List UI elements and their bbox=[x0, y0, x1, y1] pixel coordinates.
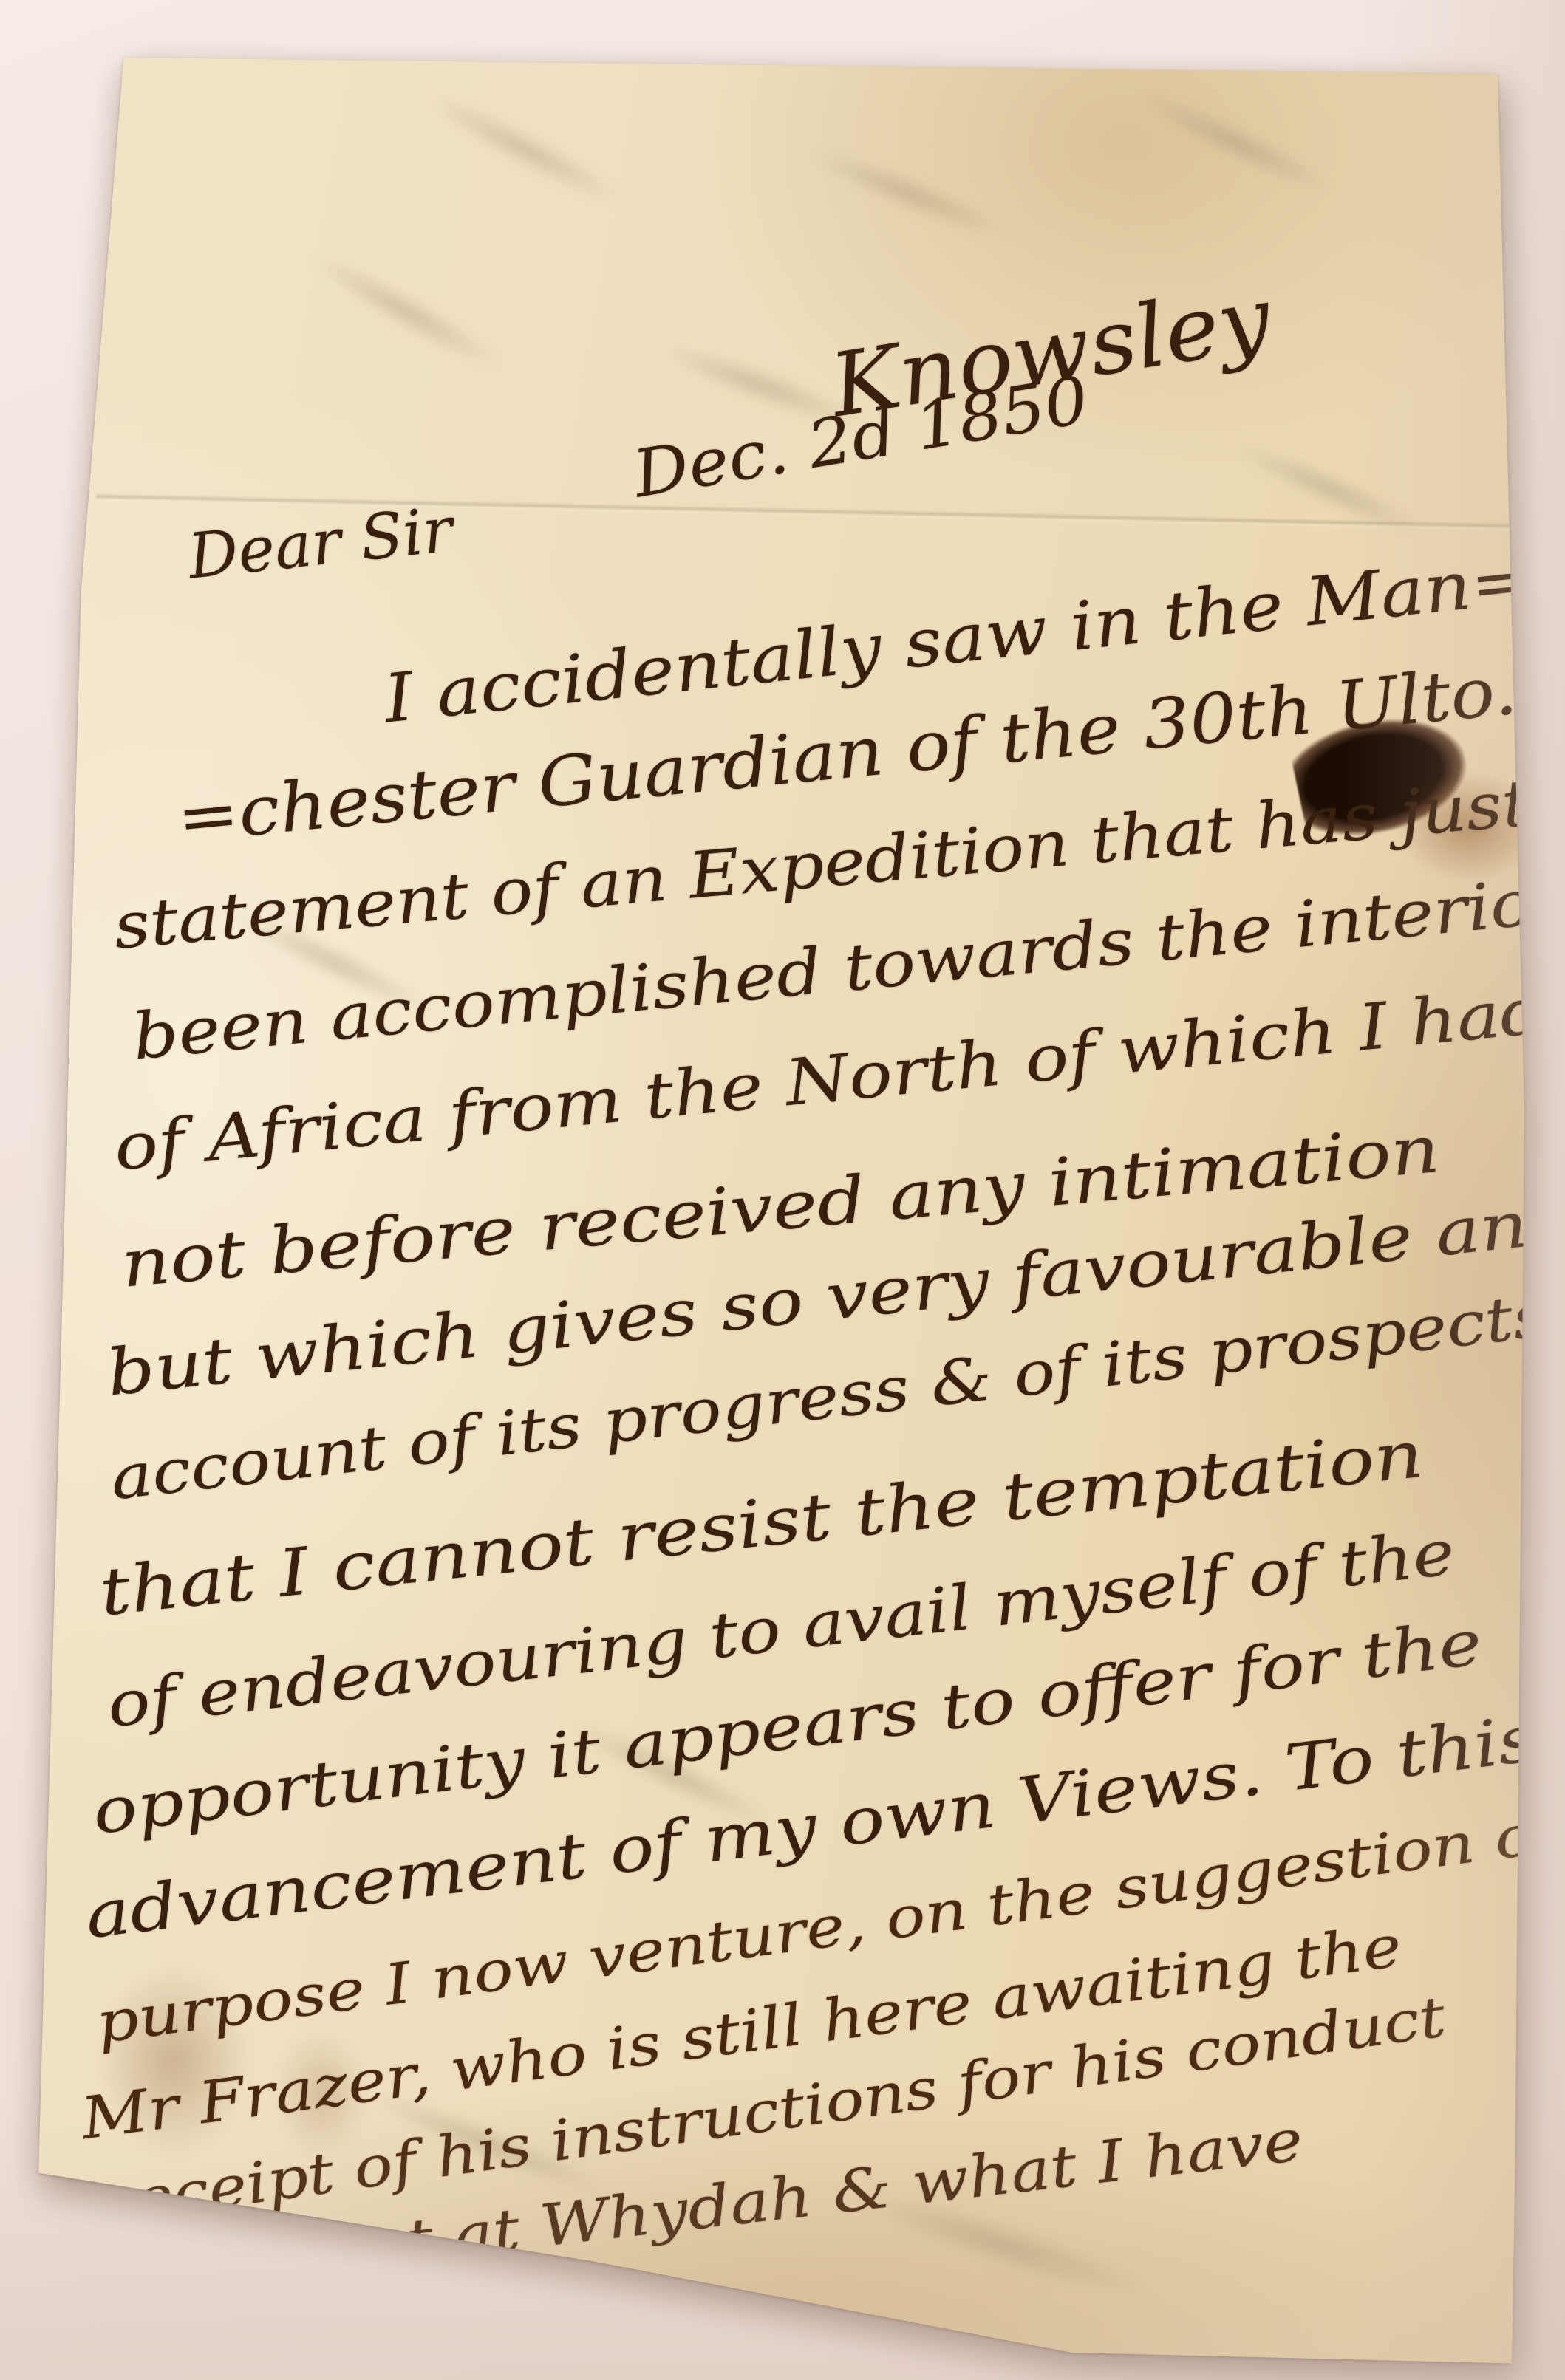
bleed-through-mark bbox=[566, 1711, 780, 1837]
ink-blot bbox=[1287, 704, 1476, 848]
handwritten-line: receipt of his instructions for his cond… bbox=[100, 1983, 1450, 2237]
bleed-through-mark bbox=[419, 83, 630, 216]
handwritten-line: I accidentally saw in the Man= bbox=[381, 541, 1535, 739]
letter-date: Dec. 2d 1850 bbox=[628, 361, 1094, 512]
letter-place: Knowsley bbox=[824, 267, 1278, 437]
handwritten-line: of endeavouring to avail myself of the bbox=[103, 1516, 1459, 1741]
bleed-through-mark bbox=[302, 242, 511, 381]
handwritten-line: of Africa from the North of which I had bbox=[111, 974, 1549, 1185]
bleed-through-mark bbox=[850, 2177, 1159, 2315]
handwritten-line: in his Post at Whydah & what I have bbox=[85, 2107, 1306, 2312]
handwritten-line: opportunity it appears to offer for the bbox=[89, 1606, 1486, 1848]
bleed-through-mark bbox=[1222, 429, 1438, 549]
handwritten-line: account of its progress & of its prospec… bbox=[107, 1280, 1552, 1514]
letter-salutation: Dear Sir bbox=[185, 493, 456, 593]
handwritten-line: purpose I now venture, on the suggestion… bbox=[92, 1799, 1562, 2056]
handwritten-line: advancement of my own Views. To this bbox=[81, 1702, 1540, 1953]
handwritten-line: that I cannot resist the temptation bbox=[96, 1416, 1427, 1631]
bleed-through-mark bbox=[226, 898, 440, 1025]
handwritten-line: statement of an Expedition that has just bbox=[111, 766, 1533, 963]
bleed-through-mark bbox=[1128, 78, 1341, 205]
handwritten-line: but which gives so very favourable an bbox=[103, 1188, 1531, 1410]
letter-paper: Knowsley Dec. 2d 1850 Dear Sir I acciden… bbox=[0, 0, 1565, 2380]
handwritten-line: not before received any intimation bbox=[118, 1111, 1442, 1302]
ink-smudge bbox=[96, 1965, 251, 2157]
handwritten-line: been accomplished towards the interior bbox=[129, 863, 1565, 1074]
fold-crease bbox=[96, 493, 1537, 531]
bleed-through-mark bbox=[800, 137, 1018, 250]
bleed-through-mark bbox=[358, 2079, 617, 2209]
bleed-through-mark bbox=[652, 332, 871, 439]
ink-smudge bbox=[273, 2031, 369, 2157]
handwritten-line: Mr Frazer, who is still here awaiting th… bbox=[78, 1913, 1405, 2152]
photo-background: Knowsley Dec. 2d 1850 Dear Sir I acciden… bbox=[0, 0, 1565, 2380]
handwritten-line: =chester Guardian of the 30th Ulto. a bbox=[174, 644, 1565, 858]
ink-smudge bbox=[1397, 772, 1544, 883]
paper-sheet: Knowsley Dec. 2d 1850 Dear Sir I acciden… bbox=[0, 0, 1565, 2380]
